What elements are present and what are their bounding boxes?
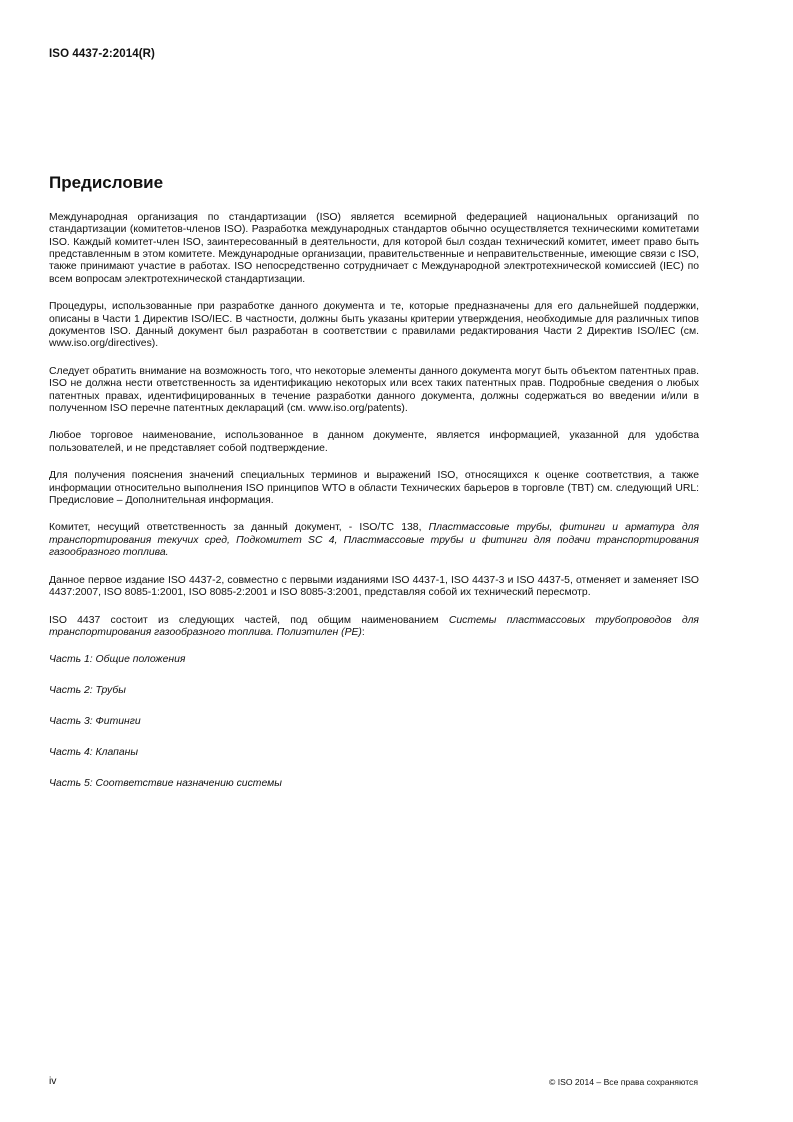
- paragraph-parts-intro: ISO 4437 состоит из следующих частей, по…: [49, 615, 699, 640]
- paragraph-trade-names: Любое торговое наименование, использован…: [49, 430, 699, 455]
- parts-intro-tail: :: [362, 627, 365, 638]
- page-number: iv: [49, 1076, 57, 1087]
- part-item: Часть 3: Фитинги: [49, 716, 699, 728]
- section-title: Предисловие: [49, 173, 163, 193]
- paragraph-patents: Следует обратить внимание на возможность…: [49, 366, 699, 415]
- foreword-body: Международная организация по стандартиза…: [49, 212, 699, 809]
- paragraph-procedures: Процедуры, использованные при разработке…: [49, 301, 699, 350]
- part-item: Часть 1: Общие положения: [49, 654, 699, 666]
- part-item: Часть 2: Трубы: [49, 685, 699, 697]
- parts-intro-lead: ISO 4437 состоит из следующих частей, по…: [49, 615, 449, 626]
- paragraph-committee: Комитет, несущий ответственность за данн…: [49, 522, 699, 559]
- paragraph-iso-intro: Международная организация по стандартиза…: [49, 212, 699, 286]
- part-item: Часть 5: Соответствие назначению системы: [49, 778, 699, 790]
- part-item: Часть 4: Клапаны: [49, 747, 699, 759]
- copyright-notice: © ISO 2014 – Все права сохраняются: [549, 1077, 698, 1087]
- paragraph-edition: Данное первое издание ISO 4437-2, совмес…: [49, 575, 699, 600]
- paragraph-terms: Для получения пояснения значений специал…: [49, 470, 699, 507]
- committee-lead: Комитет, несущий ответственность за данн…: [49, 522, 429, 533]
- document-id-header: ISO 4437-2:2014(R): [49, 48, 155, 60]
